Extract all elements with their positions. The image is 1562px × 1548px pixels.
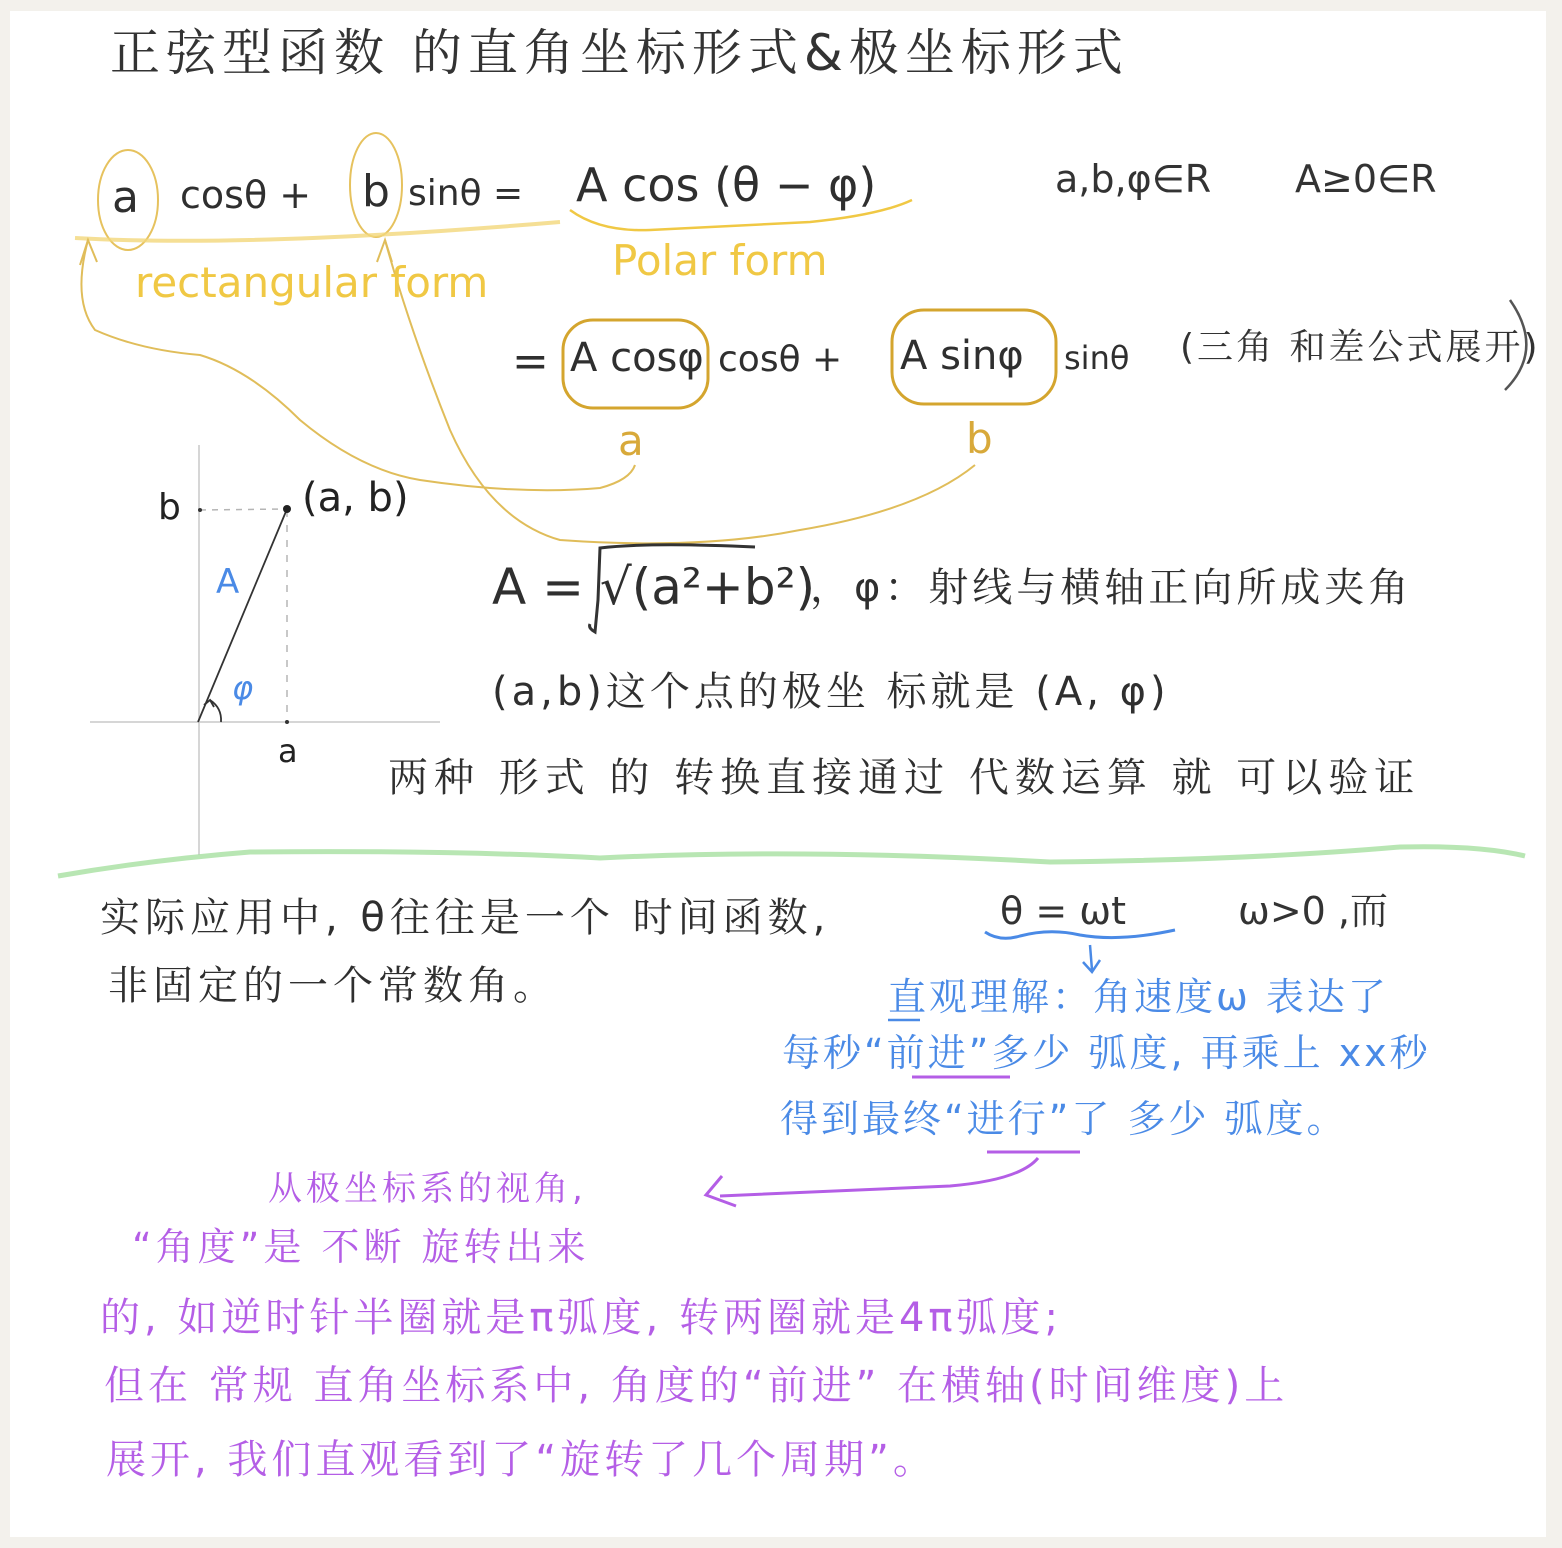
intuition-note-1: 直观理解：角速度ω 表达了 xyxy=(888,978,1389,1016)
rect-form-label: rectangular form xyxy=(135,262,488,304)
eq1-a: a xyxy=(112,176,139,220)
omega-condition: ω>0 ,而 xyxy=(1238,892,1388,930)
eq1-sin-theta: sinθ = xyxy=(408,176,523,212)
diagram-b-tick: b xyxy=(158,490,181,526)
eq2-a-label: a xyxy=(618,420,644,462)
polar-coordinate-note: (a,b)这个点的极坐 标就是 (A, φ) xyxy=(492,672,1170,712)
expansion-note: (三角 和差公式展开) xyxy=(1180,330,1541,366)
conversion-note: 两种 形式 的 转换直接通过 代数运算 就 可以验证 xyxy=(388,758,1420,798)
domain-note-1: a,b,φ∈R xyxy=(1055,160,1211,198)
eq2-b-term: A sinφ xyxy=(900,336,1024,376)
intuition-note-3: 得到最终“进行”了 多少 弧度。 xyxy=(780,1100,1348,1138)
domain-note-2: A≥0∈R xyxy=(1295,160,1437,198)
eq1-polar: A cos (θ − φ) xyxy=(576,162,876,208)
eq2-cos-theta: cosθ + xyxy=(718,342,842,378)
intuition-note-2: 每秒“前进”多少 弧度, 再乘上 xx秒 xyxy=(782,1034,1431,1072)
polar-form-label: Polar form xyxy=(612,240,827,282)
diagram-angle-label: φ xyxy=(232,672,253,704)
diagram-radius-label: A xyxy=(216,565,239,599)
polar-view-note-5: 展开, 我们直观看到了“旋转了几个周期”。 xyxy=(106,1440,937,1480)
eq1-cos-theta: cosθ + xyxy=(180,176,311,214)
application-line-1: 实际应用中, θ往往是一个 时间函数, xyxy=(100,898,830,938)
eq2-equals: = xyxy=(512,340,549,384)
diagram-a-tick: a xyxy=(278,735,298,767)
eq2-b-label: b xyxy=(966,418,993,460)
polar-view-note-2: “角度”是 不断 旋转出来 xyxy=(132,1228,590,1266)
polar-view-note-3: 的, 如逆时针半圈就是π弧度, 转两圈就是4π弧度; xyxy=(100,1298,1062,1338)
polar-view-note-4: 但在 常规 直角坐标系中, 角度的“前进” 在横轴(时间维度)上 xyxy=(104,1366,1288,1406)
page-title: 正弦型函数 的直角坐标形式&极坐标形式 xyxy=(110,28,1129,78)
theta-omega-t: θ = ωt xyxy=(1000,892,1126,930)
application-line-2: 非固定的一个常数角。 xyxy=(108,966,558,1006)
eq2-sin-theta: sinθ xyxy=(1064,342,1129,374)
amplitude-formula: A = √(a²+b²) xyxy=(492,562,815,612)
polar-view-note-1: 从极坐标系的视角, xyxy=(268,1172,587,1206)
eq1-b: b xyxy=(362,170,390,214)
diagram-point-label: (a, b) xyxy=(302,478,409,518)
phi-definition: ，φ：射线与横轴正向所成夹角 xyxy=(810,568,1412,608)
eq2-a-term: A cosφ xyxy=(570,338,704,378)
